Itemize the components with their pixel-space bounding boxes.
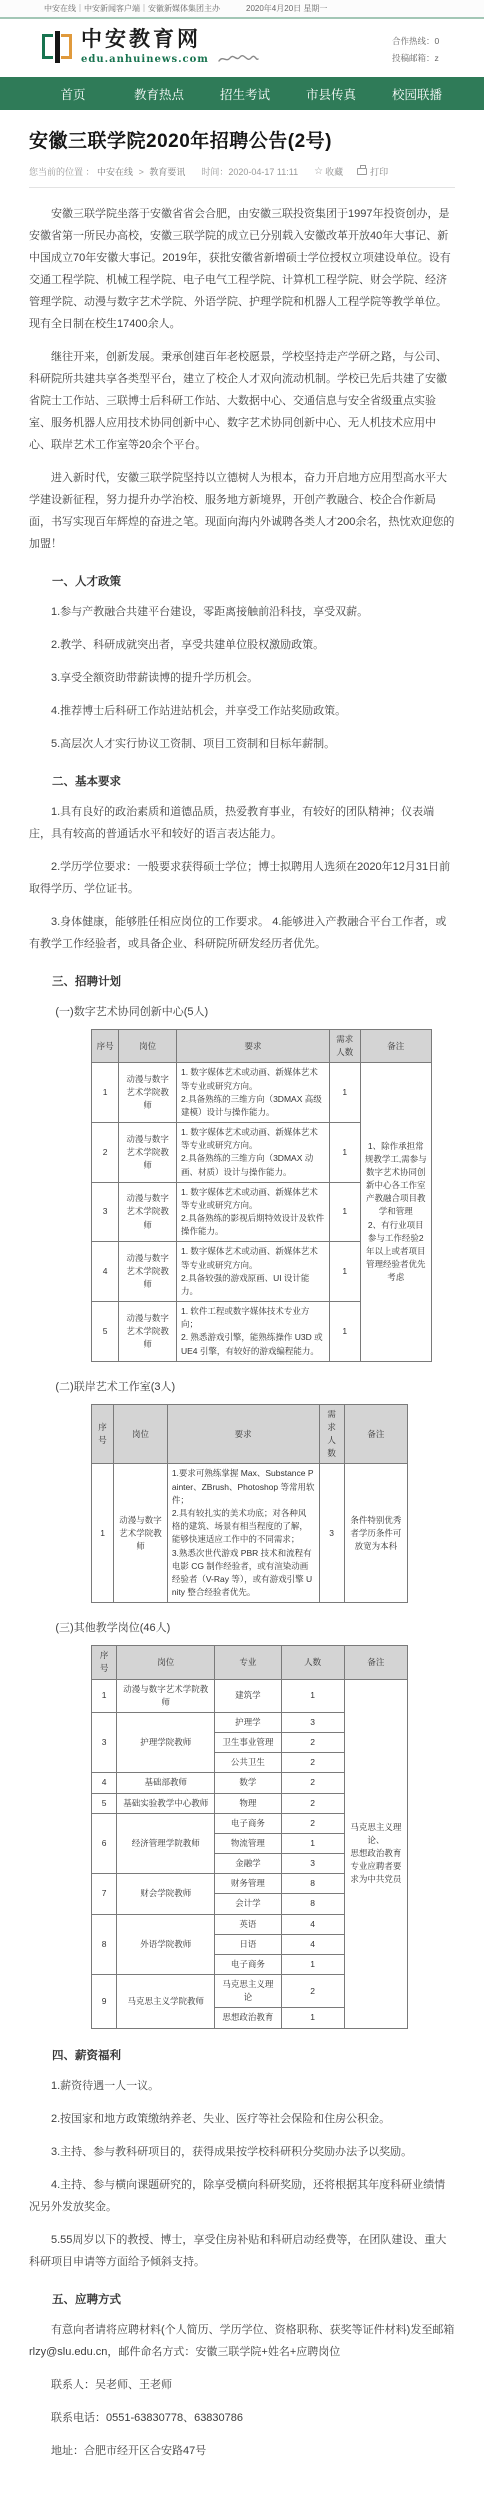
table-cell: 卫生事业管理 xyxy=(215,1733,281,1753)
table-cell: 2 xyxy=(281,1733,344,1753)
table-header-cell: 岗位 xyxy=(119,1030,177,1063)
print-label: 打印 xyxy=(370,165,388,178)
table-cell: 1.要求可熟练掌握 Max、Substance Painter、ZBrush、P… xyxy=(167,1464,319,1603)
body-paragraph: 联系电话：0551-63830778、63830786 xyxy=(29,2407,455,2429)
table-cell: 马克思主义理论 xyxy=(215,1975,281,2008)
table-header-cell: 需求 人数 xyxy=(329,1030,360,1063)
subsection-heading: (一)数字艺术协同创新中心(5人) xyxy=(29,1003,455,1019)
body-paragraph: 继往开来，创新发展。秉承创建百年老校愿景，学校坚持走产学研之路，与公司、科研院所… xyxy=(29,346,455,456)
table-cell: 经济管理学院教师 xyxy=(117,1813,215,1874)
table-cell: 动漫与数字艺术学院教师 xyxy=(117,1679,215,1712)
body-paragraph: 安徽三联学院坐落于安徽省省会合肥，由安徽三联投资集团于1997年投资创办，是安徽… xyxy=(29,203,455,335)
table-cell: 2 xyxy=(281,1813,344,1833)
body-paragraph: 地址：合肥市经开区合安路47号 xyxy=(29,2440,455,2462)
breadcrumb-prefix: 您当前的位置 ： xyxy=(29,167,95,177)
print-button[interactable]: 打印 xyxy=(357,165,388,178)
table-header-cell: 序号 xyxy=(92,1030,119,1063)
table-cell: 1. 数字媒体艺术或动画、新媒体艺术等专业或研究方向。 2.具备熟练的三维方向（… xyxy=(176,1063,329,1123)
logo-domain: edu.anhuinews.com xyxy=(81,54,209,65)
body-paragraph: 2.按国家和地方政策缴纳养老、失业、医疗等社会保险和住房公积金。 xyxy=(29,2108,455,2130)
table-header-cell: 要求 xyxy=(167,1404,319,1464)
table-cell: 金融学 xyxy=(215,1854,281,1874)
body-paragraph: 2.学历学位要求：一般要求获得硕士学位；博士拟聘用人选须在2020年12月31日… xyxy=(29,856,455,900)
table-cell: 动漫与数字艺术学院教师 xyxy=(119,1182,177,1242)
table-cell: 财会学院教师 xyxy=(117,1874,215,1914)
table-cell: 7 xyxy=(92,1874,117,1914)
body-paragraph: 3.主持、参与教科研项目的，获得成果按学校科研积分奖励办法予以奖励。 xyxy=(29,2141,455,2163)
subsection-heading: (二)联岸艺术工作室(3人) xyxy=(29,1378,455,1394)
body-paragraph: 5.55周岁以下的教授、博士，享受住房补贴和科研启动经费等，在团队建设、重大科研… xyxy=(29,2229,455,2273)
table-cell: 4 xyxy=(92,1773,117,1793)
favorite-label: 收藏 xyxy=(325,165,343,178)
table-cell: 基础部教师 xyxy=(117,1773,215,1793)
star-icon: ☆ xyxy=(314,166,323,177)
table-cell: 3 xyxy=(281,1712,344,1732)
table-cell: 1 xyxy=(329,1242,360,1302)
table-cell: 动漫与数字艺术学院教师 xyxy=(119,1123,177,1183)
table-cell: 基础实验教学中心教师 xyxy=(117,1793,215,1813)
table-cell: 1、除作承担常规教学工,需参与数字艺术协同创新中心各工作室产教融合项目教学和管理… xyxy=(360,1063,431,1361)
body-paragraph: 3.享受全额资助带薪读博的提升学历机会。 xyxy=(29,667,455,689)
table-header-cell: 岗位 xyxy=(117,1646,215,1679)
table-cell: 1 xyxy=(329,1182,360,1242)
table-cell: 动漫与数字艺术学院教师 xyxy=(119,1302,177,1362)
section-heading: 二、基本要求 xyxy=(29,773,455,789)
table-row: 1动漫与数字艺术学院教师1.要求可熟练掌握 Max、Substance Pain… xyxy=(92,1464,408,1603)
article: 安徽三联学院2020年招聘公告(2号) 您当前的位置 ： 中安在线 > 教育要讯… xyxy=(0,126,484,2503)
table-header-cell: 要求 xyxy=(176,1030,329,1063)
table-cell: 马克思主义理论、 思想政治教育专业应聘者要求为中共党员 xyxy=(344,1679,407,2028)
table-cell: 动漫与数字艺术学院教师 xyxy=(114,1464,168,1603)
table-cell: 8 xyxy=(281,1894,344,1914)
table-cell: 动漫与数字艺术学院教师 xyxy=(119,1242,177,1302)
table-cell: 护理学院教师 xyxy=(117,1712,215,1773)
submission-email: 投稿邮箱：z xyxy=(392,50,439,67)
body-paragraph: 1.参与产教融合共建平台建设，零距离接触前沿科技，享受双薪。 xyxy=(29,601,455,623)
table-cell: 1 xyxy=(281,1833,344,1853)
cooperation-hotline: 合作热线：0 xyxy=(392,33,439,50)
nav-item-2[interactable]: 招生考试 xyxy=(202,85,288,103)
body-paragraph: 4.主持、参与横向课题研究的，除享受横向科研奖励，还将根据其年度科研业绩情况另外… xyxy=(29,2174,455,2218)
table-cell: 条件特别优秀者学历条件可放宽为本科 xyxy=(344,1464,407,1603)
breadcrumb: 您当前的位置 ： 中安在线 > 教育要讯 xyxy=(29,165,185,178)
favorite-button[interactable]: ☆ 收藏 xyxy=(314,165,343,178)
recruitment-table: 序号岗位专业人数备注1动漫与数字艺术学院教师建筑学1马克思主义理论、 思想政治教… xyxy=(91,1645,408,2028)
table-cell: 5 xyxy=(92,1302,119,1362)
table-cell: 2 xyxy=(281,1975,344,2008)
table-cell: 英语 xyxy=(215,1914,281,1934)
table-cell: 日语 xyxy=(215,1934,281,1954)
table-cell: 1 xyxy=(281,2008,344,2028)
table-cell: 5 xyxy=(92,1793,117,1813)
table-cell: 1 xyxy=(92,1464,114,1603)
logo-title: 中安教育网 xyxy=(81,27,259,51)
table-header-cell: 需求 人数 xyxy=(319,1404,344,1464)
table-header-cell: 专业 xyxy=(215,1646,281,1679)
table-cell: 1 xyxy=(92,1063,119,1123)
main-nav: 首页教育热点招生考试市县传真校园联播教育 xyxy=(0,77,484,110)
body-paragraph: 2.教学、科研成就突出者，享受共建单位股权激励政策。 xyxy=(29,634,455,656)
body-paragraph: 有意向者请将应聘材料(个人简历、学历学位、资格职称、获奖等证件材料)发至邮箱rl… xyxy=(29,2319,455,2363)
table-cell: 8 xyxy=(92,1914,117,1975)
table-cell: 4 xyxy=(281,1914,344,1934)
table-header-cell: 备注 xyxy=(344,1646,407,1679)
table-cell: 建筑学 xyxy=(215,1679,281,1712)
body-paragraph: 4.推荐博士后科研工作站进站机会，并享受工作站奖励政策。 xyxy=(29,700,455,722)
table-cell: 2 xyxy=(92,1123,119,1183)
table-cell: 2 xyxy=(281,1773,344,1793)
header-contact: 合作热线：0 投稿邮箱：z xyxy=(392,33,439,67)
table-cell: 4 xyxy=(92,1242,119,1302)
table-cell: 会计学 xyxy=(215,1894,281,1914)
table-cell: 财务管理 xyxy=(215,1874,281,1894)
site-logo[interactable]: 中安教育网 edu.anhuinews.com xyxy=(42,27,259,66)
table-cell: 3 xyxy=(92,1712,117,1773)
breadcrumb-site-link[interactable]: 中安在线 xyxy=(97,167,133,177)
table-cell: 8 xyxy=(281,1874,344,1894)
nav-item-0[interactable]: 首页 xyxy=(30,85,116,103)
topbar-site-links[interactable]: 中安在线｜中安新闻客户端｜安徽新媒体集团主办 xyxy=(44,3,220,14)
table-cell: 3 xyxy=(319,1464,344,1603)
printer-icon xyxy=(357,168,367,175)
table-cell: 3 xyxy=(92,1182,119,1242)
nav-item-1[interactable]: 教育热点 xyxy=(116,85,202,103)
topbar-date: 2020年4月20日 星期一 xyxy=(246,3,327,14)
table-cell: 1. 数字媒体艺术或动画、新媒体艺术等专业或研究方向。 2.具备较强的游戏原画、… xyxy=(176,1242,329,1302)
table-cell: 马克思主义学院教师 xyxy=(117,1975,215,2029)
table-cell: 动漫与数字艺术学院教师 xyxy=(119,1063,177,1123)
table-cell: 1 xyxy=(92,1679,117,1712)
breadcrumb-category-link[interactable]: 教育要讯 xyxy=(149,167,185,177)
table-cell: 3 xyxy=(281,1854,344,1874)
body-paragraph: 5.高层次人才实行协议工资制、项目工资制和目标年薪制。 xyxy=(29,733,455,755)
nav-item-3[interactable]: 市县传真 xyxy=(288,85,374,103)
table-header-cell: 序号 xyxy=(92,1646,117,1679)
logo-text: 中安教育网 edu.anhuinews.com xyxy=(81,27,259,66)
table-cell: 1 xyxy=(329,1123,360,1183)
table-header-cell: 人数 xyxy=(281,1646,344,1679)
breadcrumb-separator: > xyxy=(139,167,144,177)
table-row: 1动漫与数字艺术学院教师1. 数字媒体艺术或动画、新媒体艺术等专业或研究方向。 … xyxy=(92,1063,432,1123)
table-cell: 1 xyxy=(281,1679,344,1712)
section-heading: 三、招聘计划 xyxy=(29,973,455,989)
table-cell: 电子商务 xyxy=(215,1813,281,1833)
table-cell: 1. 数字媒体艺术或动画、新媒体艺术等专业或研究方向。 2.具备熟练的影视后期特… xyxy=(176,1182,329,1242)
table-cell: 2 xyxy=(281,1793,344,1813)
table-cell: 电子商务 xyxy=(215,1954,281,1974)
table-cell: 外语学院教师 xyxy=(117,1914,215,1975)
article-meta: 您当前的位置 ： 中安在线 > 教育要讯 时间：2020-04-17 11:11… xyxy=(29,165,455,188)
table-row: 1动漫与数字艺术学院教师建筑学1马克思主义理论、 思想政治教育专业应聘者要求为中… xyxy=(92,1679,408,1712)
site-header: 中安教育网 edu.anhuinews.com 合作热线：0 投稿邮箱：z xyxy=(0,19,484,77)
recruitment-table: 序号岗位要求需求 人数备注1动漫与数字艺术学院教师1. 数字媒体艺术或动画、新媒… xyxy=(91,1029,432,1362)
table-cell: 4 xyxy=(281,1934,344,1954)
table-cell: 1 xyxy=(329,1302,360,1362)
page: 中安在线｜中安新闻客户端｜安徽新媒体集团主办 2020年4月20日 星期一 中安… xyxy=(0,0,484,2503)
logo-calligraphy-decoration xyxy=(217,52,259,66)
body-paragraph: 联系人：吴老师、王老师 xyxy=(29,2374,455,2396)
section-heading: 一、人才政策 xyxy=(29,573,455,589)
table-cell: 1. 软件工程或数字媒体技术专业方向； 2. 熟悉游戏引擎，能熟练操作 U3D … xyxy=(176,1302,329,1362)
table-cell: 护理学 xyxy=(215,1712,281,1732)
topbar: 中安在线｜中安新闻客户端｜安徽新媒体集团主办 2020年4月20日 星期一 xyxy=(0,0,484,19)
page-title: 安徽三联学院2020年招聘公告(2号) xyxy=(29,126,455,153)
table-cell: 2 xyxy=(281,1753,344,1773)
table-cell: 1. 数字媒体艺术或动画、新媒体艺术等专业或研究方向。 2.具备熟练的三维方向（… xyxy=(176,1123,329,1183)
table-cell: 物理 xyxy=(215,1793,281,1813)
table-header-cell: 岗位 xyxy=(114,1404,168,1464)
publish-time: 时间：2020-04-17 11:11 xyxy=(201,165,298,178)
logo-icon xyxy=(42,31,72,63)
body-paragraph: 进入新时代，安徽三联学院坚持以立德树人为根本，奋力开启地方应用型高水平大学建设新… xyxy=(29,467,455,555)
nav-item-5[interactable]: 教育 xyxy=(460,85,484,103)
table-cell: 9 xyxy=(92,1975,117,2029)
table-header-cell: 备注 xyxy=(360,1030,431,1063)
table-cell: 数学 xyxy=(215,1773,281,1793)
table-header-cell: 序号 xyxy=(92,1404,114,1464)
body-paragraph: 3.身体健康，能够胜任相应岗位的工作要求。 4.能够进入产教融合平台工作者，或有… xyxy=(29,911,455,955)
table-cell: 物流管理 xyxy=(215,1833,281,1853)
section-heading: 四、薪资福利 xyxy=(29,2047,455,2063)
nav-item-4[interactable]: 校园联播 xyxy=(374,85,460,103)
article-body: 安徽三联学院坐落于安徽省省会合肥，由安徽三联投资集团于1997年投资创办，是安徽… xyxy=(29,188,455,2462)
subsection-heading: (三)其他教学岗位(46人) xyxy=(29,1619,455,1635)
body-paragraph: 1.薪资待遇一人一议。 xyxy=(29,2075,455,2097)
table-cell: 1 xyxy=(281,1954,344,1974)
table-cell: 6 xyxy=(92,1813,117,1874)
table-header-cell: 备注 xyxy=(344,1404,407,1464)
body-paragraph: 1.具有良好的政治素质和道德品质，热爱教育事业，有较好的团队精神；仪表端庄，具有… xyxy=(29,801,455,845)
section-heading: 五、应聘方式 xyxy=(29,2291,455,2307)
recruitment-table: 序号岗位要求需求 人数备注1动漫与数字艺术学院教师1.要求可熟练掌握 Max、S… xyxy=(91,1404,408,1603)
table-cell: 公共卫生 xyxy=(215,1753,281,1773)
table-cell: 1 xyxy=(329,1063,360,1123)
table-cell: 思想政治教育 xyxy=(215,2008,281,2028)
